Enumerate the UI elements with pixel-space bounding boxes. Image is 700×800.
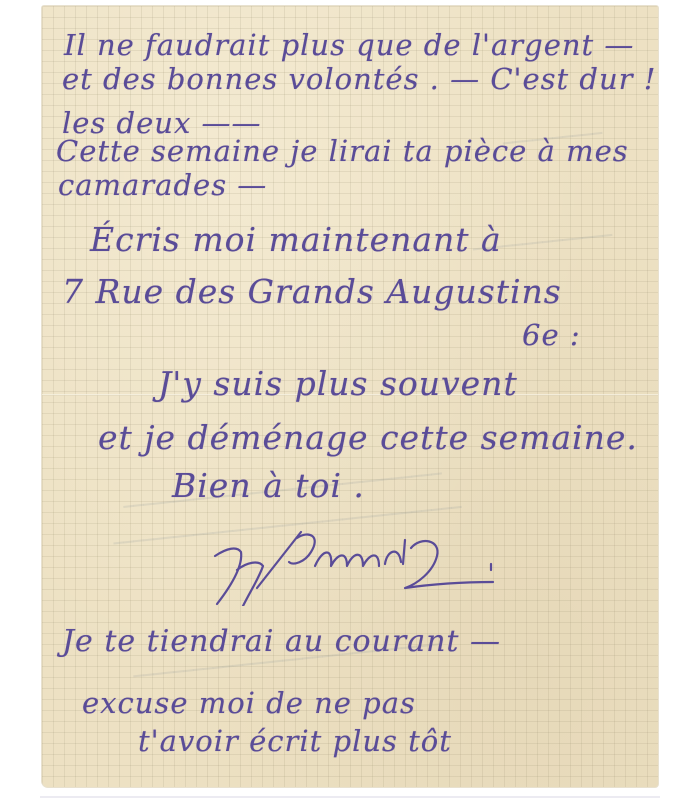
letter-line-1: Il ne faudrait plus que de l'argent — [64,28,634,62]
letter-line-12: Je te tiendrai au courant — [62,624,501,659]
letter-sheet: ▁▁▁▁▁▁▁▁▁▁ ▁▁▁▁▁▁▁▁▁▁▁▁▁▁ ▁▁▁▁▁▁▁▁▁▁▁▁▁▁… [42,6,658,787]
letter-line-9: J'y suis plus souvent [158,364,518,403]
letter-line-13: excuse moi de ne pas [82,686,416,720]
bottom-divider [40,796,660,798]
letter-line-11: Bien à toi . [172,466,365,505]
letter-line-2: et des bonnes volontés . — C'est dur ! [62,62,656,96]
letter-line-7: 7 Rue des Grands Augustins [62,272,562,311]
letter-line-5: camarades — [58,168,267,202]
letter-line-6: Écris moi maintenant à [90,220,502,259]
letter-line-14: t'avoir écrit plus tôt [138,724,452,758]
page: ▁▁▁▁▁▁▁▁▁▁ ▁▁▁▁▁▁▁▁▁▁▁▁▁▁ ▁▁▁▁▁▁▁▁▁▁▁▁▁▁… [0,0,700,800]
signature: J. L. Barrault [197,526,597,606]
letter-line-4: Cette semaine je lirai ta pièce à mes [56,134,629,168]
letter-line-8: 6e : [522,318,581,352]
letter-line-10: et je déménage cette semaine. [98,418,638,457]
